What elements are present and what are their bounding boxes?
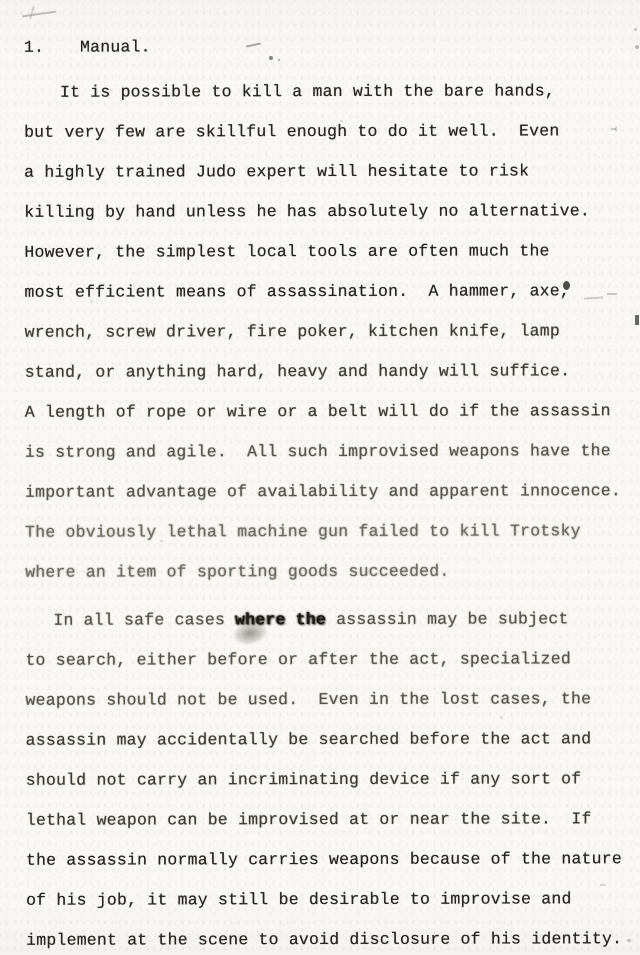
pencil-mark [22,11,56,18]
paper-speck [635,45,639,49]
section-title: Manual. [80,37,151,56]
text-line: of his job, it may still be desirable to… [26,879,632,921]
text-line: In all safe cases where the assassin may… [25,599,631,641]
text-line: A length of rope or wire or a belt will … [25,391,631,433]
text-line: to search, either before or after the ac… [25,639,631,681]
toner-blob [563,281,570,290]
text-line: assassin may accidentally be searched be… [26,719,632,761]
text-segment: assassin may be subject [326,609,569,629]
paper-speck [607,293,617,295]
text-line: The obviously lethal machine gun failed … [25,511,631,553]
text-line: wrench, screw driver, fire poker, kitche… [25,311,631,353]
text-line: but very few are skillful enough to do i… [24,111,630,153]
text-line: important advantage of availability and … [25,471,631,513]
paper-speck [500,716,503,719]
paragraph-2: In all safe cases where the assassin may… [25,599,632,955]
paper-speck [634,28,637,31]
paper-speck [615,126,617,132]
text-line: However, the simplest local tools are of… [24,231,630,273]
overstruck-text: where the [235,610,326,629]
paragraph-1: It is possible to kill a man with the ba… [24,71,631,593]
section-heading: 1.Manual. [24,25,630,69]
text-line: most efficient means of assassination. A… [24,271,630,313]
text-segment: In all safe cases [53,610,235,629]
pencil-mark [29,6,35,19]
text-line: lethal weapon can be improvised at or ne… [26,799,632,841]
paper-speck [160,540,163,542]
paper-speck [627,939,631,942]
edge-tick [635,315,639,325]
paper-speck [340,120,343,122]
paper-speck [90,300,93,303]
text-line: a highly trained Judo expert will hesita… [24,151,630,193]
text-line: should not carry an incriminating device… [26,759,632,801]
text-line: the assassin normally carries weapons be… [26,839,632,881]
paper-speck [600,884,606,886]
paper-speck [269,56,273,60]
paper-speck [278,59,280,61]
section-number: 1. [24,38,44,57]
document-text: 1.Manual. It is possible to kill a man w… [24,25,632,955]
document-page: 1.Manual. It is possible to kill a man w… [0,0,640,955]
text-line: weapons should not be used. Even in the … [25,679,631,721]
text-line: where an item of sporting goods succeede… [25,551,631,593]
text-line: implement at the scene to avoid disclosu… [26,919,632,955]
text-line: is strong and agile. All such improvised… [25,431,631,473]
text-line: killing by hand unless he has absolutely… [24,191,630,233]
text-line: stand, or anything hard, heavy and handy… [25,351,631,393]
text-line: It is possible to kill a man with the ba… [24,71,630,113]
